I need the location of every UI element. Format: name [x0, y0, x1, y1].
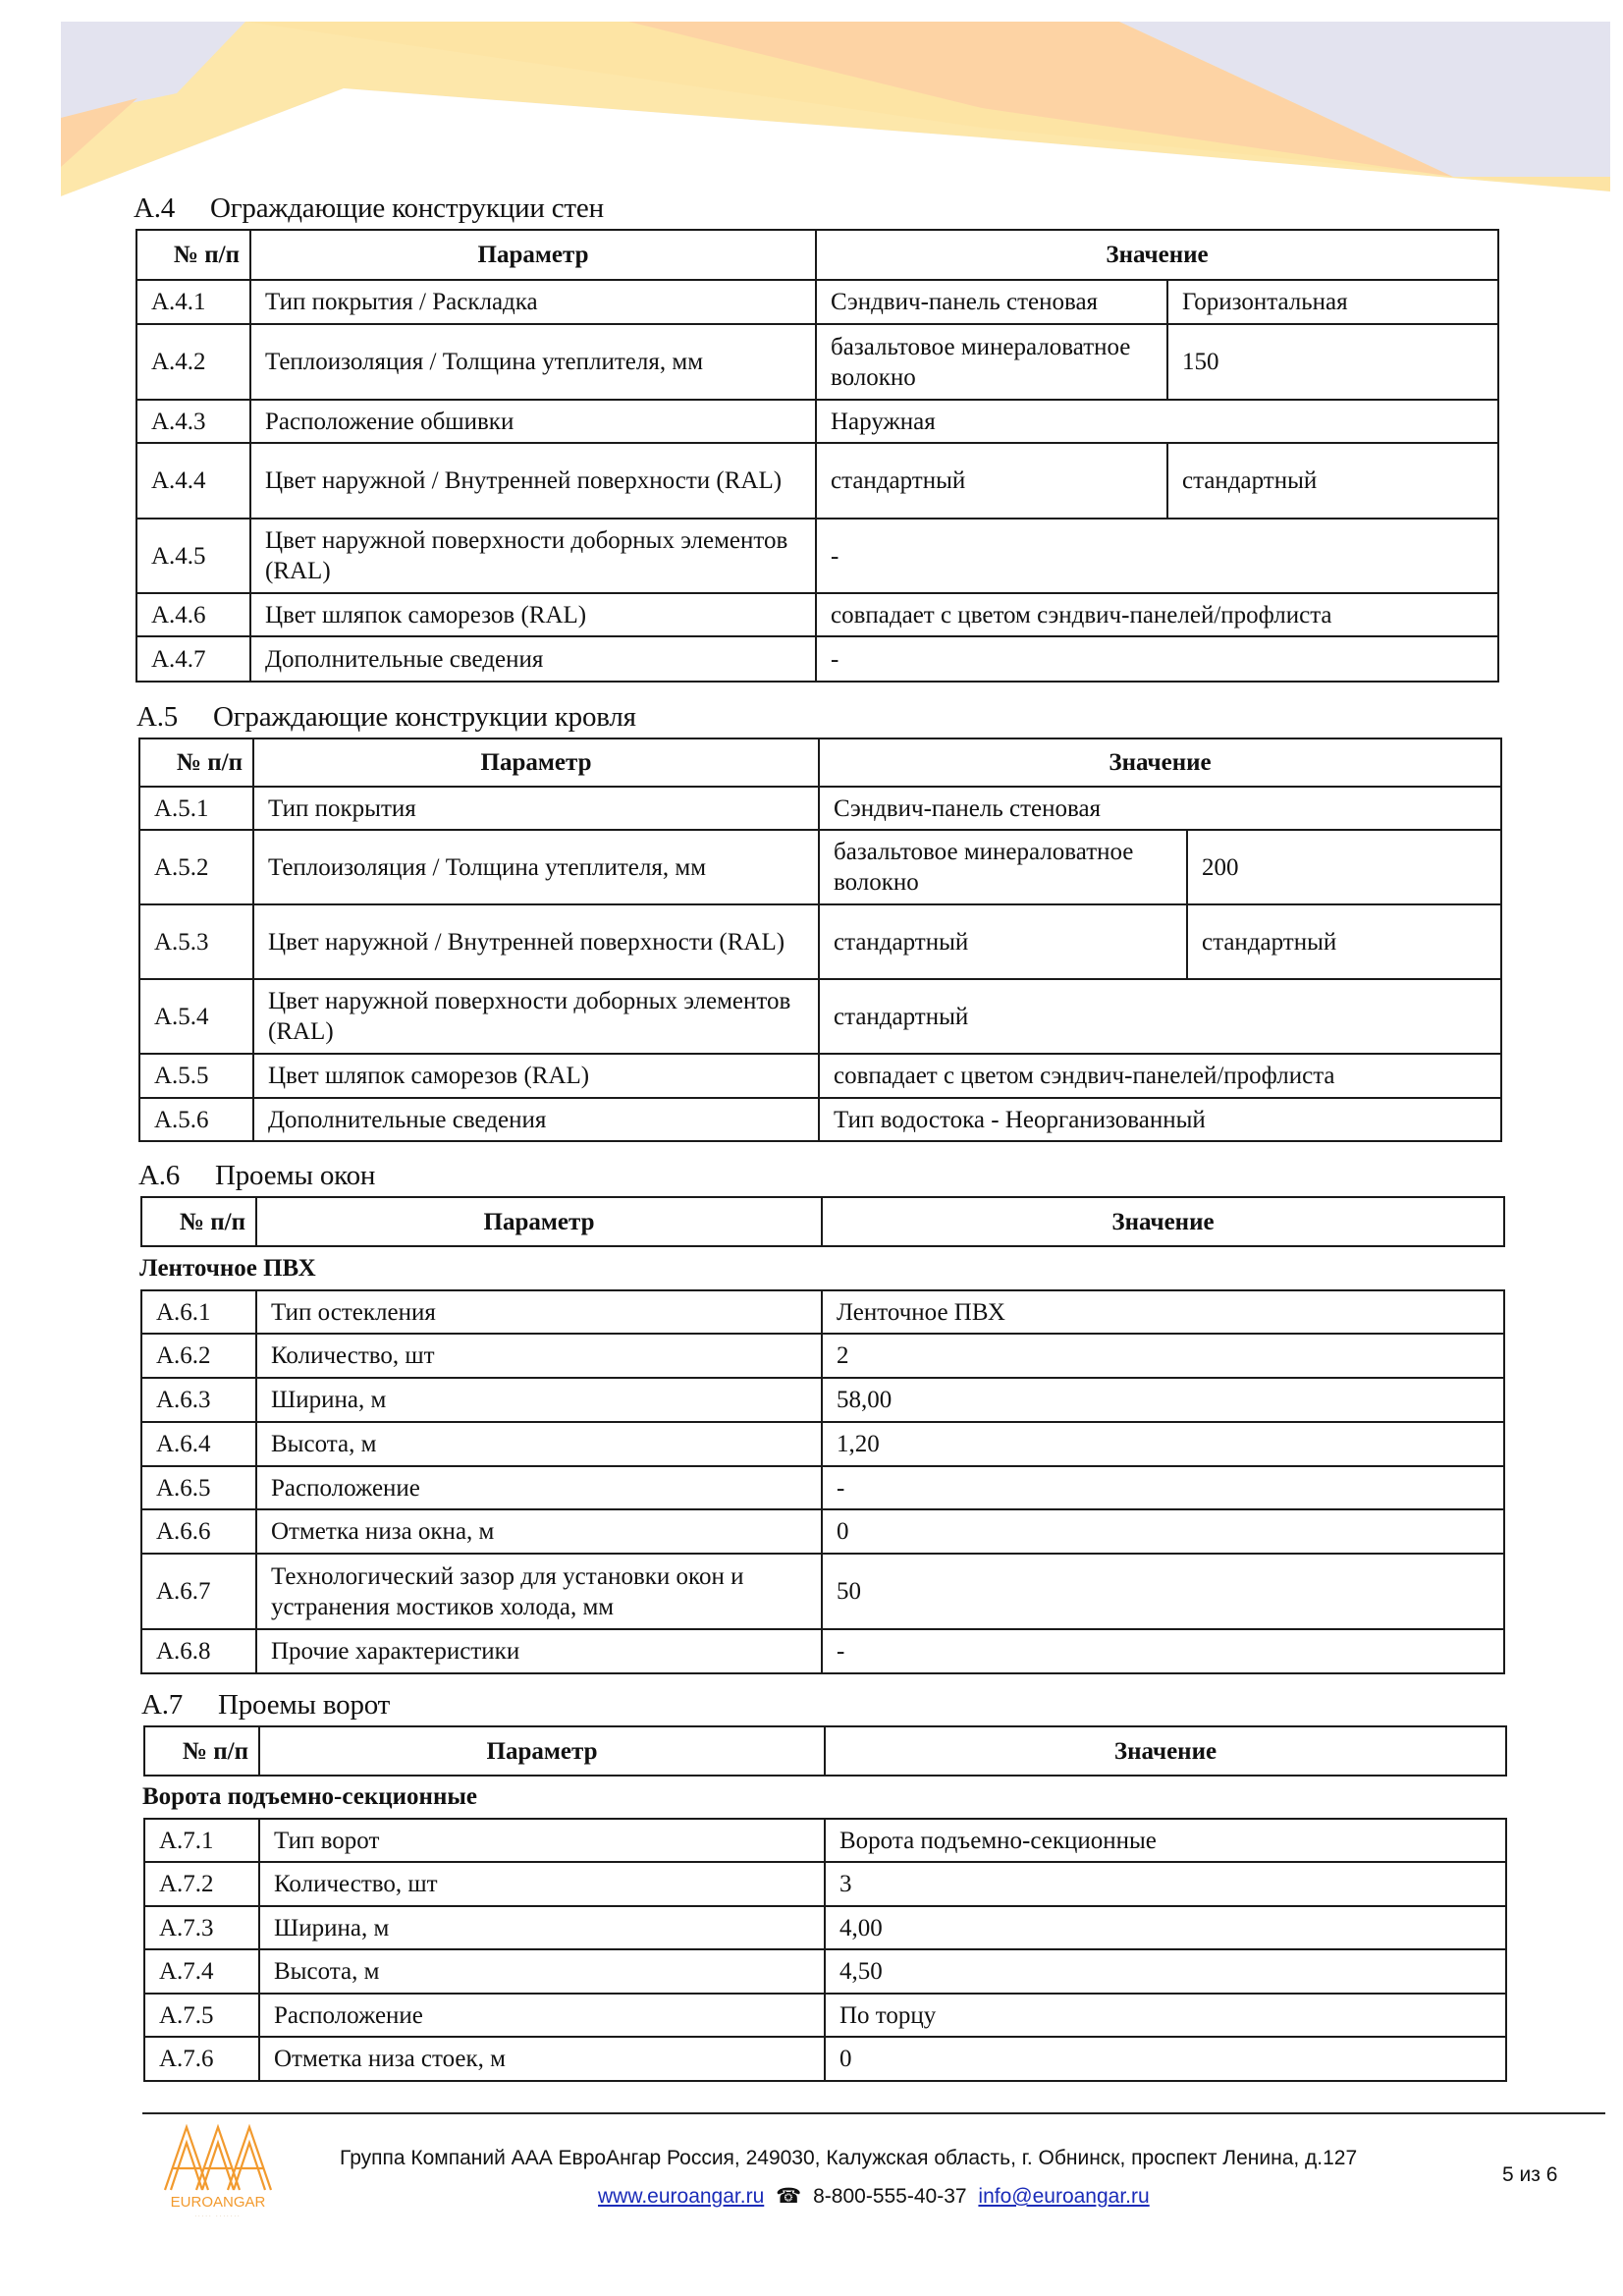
euroangar-logo: EUROANGAR ····· ·······: [157, 2121, 285, 2219]
col-header-value: Значение: [822, 1197, 1504, 1246]
footer-contacts: www.euroangar.ru ☎ 8-800-555-40-37 info@…: [598, 2184, 1150, 2209]
table-row: А.7.1Тип воротВорота подъемно-секционные: [144, 1819, 1506, 1862]
table-row: А.4.3 Расположение обшивки Наружная: [136, 400, 1498, 443]
table-row: А.6.6Отметка низа окна, м0: [141, 1509, 1504, 1554]
table-row: А.4.5 Цвет наружной поверхности доборных…: [136, 519, 1498, 593]
table-windows: А.6.1Тип остекленияЛенточное ПВХ А.6.2Ко…: [140, 1289, 1505, 1674]
footer-address: Группа Компаний ААА ЕвроАнгар Россия, 24…: [340, 2147, 1357, 2170]
table-row: А.5.1 Тип покрытия Сэндвич-панель стенов…: [139, 787, 1501, 830]
table-row: А.7.2Количество, шт3: [144, 1862, 1506, 1906]
col-header-value: Значение: [825, 1726, 1506, 1776]
table-row: А.4.6 Цвет шляпок саморезов (RAL) совпад…: [136, 593, 1498, 636]
table-row: А.7.6Отметка низа стоек, м0: [144, 2037, 1506, 2081]
subsection-title-sectional-gates: Ворота подъемно-секционные: [142, 1783, 477, 1811]
table-roof-enclosures: № п/п Параметр Значение А.5.1 Тип покрыт…: [138, 738, 1502, 1142]
table-row: А.6.4Высота, м1,20: [141, 1422, 1504, 1466]
section-title-a5: А.5Ограждающие конструкции кровля: [136, 701, 636, 734]
table-row: А.4.4 Цвет наружной / Внутренней поверхн…: [136, 443, 1498, 519]
section-title-a6: А.6Проемы окон: [138, 1160, 375, 1192]
col-header-param: Параметр: [259, 1726, 825, 1776]
table-gates: А.7.1Тип воротВорота подъемно-секционные…: [143, 1818, 1507, 2082]
table-row: А.5.3 Цвет наружной / Внутренней поверхн…: [139, 904, 1501, 979]
table-header-row: № п/п Параметр Значение: [139, 738, 1501, 787]
website-link[interactable]: www.euroangar.ru: [598, 2185, 764, 2208]
table-row: А.4.2 Теплоизоляция / Толщина утеплителя…: [136, 324, 1498, 400]
col-header-number: № п/п: [141, 1197, 256, 1246]
col-header-value: Значение: [816, 230, 1498, 280]
table-row: А.4.1 Тип покрытия / Раскладка Сэндвич-п…: [136, 280, 1498, 324]
col-header-number: № п/п: [144, 1726, 259, 1776]
header-banner: [0, 0, 1623, 216]
table-row: А.6.8Прочие характеристики-: [141, 1629, 1504, 1673]
email-link[interactable]: info@euroangar.ru: [978, 2185, 1149, 2208]
table-row: А.6.7Технологический зазор для установки…: [141, 1554, 1504, 1629]
svg-text:····· ·······: ····· ·······: [194, 2214, 241, 2219]
section-title-a4: А.4Ограждающие конструкции стен: [134, 192, 604, 225]
col-header-value: Значение: [819, 738, 1501, 787]
table-row: А.6.2Количество, шт2: [141, 1334, 1504, 1378]
table-header-row: № п/п Параметр Значение: [144, 1726, 1506, 1776]
table-row: А.7.5РасположениеПо торцу: [144, 1994, 1506, 2037]
table-row: А.7.3Ширина, м4,00: [144, 1906, 1506, 1949]
table-row: А.5.4 Цвет наружной поверхности доборных…: [139, 979, 1501, 1054]
col-header-param: Параметр: [250, 230, 816, 280]
table-windows-header: № п/п Параметр Значение: [140, 1196, 1505, 1247]
page-number: 5 из 6: [1502, 2163, 1557, 2187]
subsection-title-ribbon-pvc: Ленточное ПВХ: [139, 1255, 316, 1283]
table-header-row: № п/п Параметр Значение: [141, 1197, 1504, 1246]
table-header-row: № п/п Параметр Значение: [136, 230, 1498, 280]
col-header-number: № п/п: [136, 230, 250, 280]
table-gates-header: № п/п Параметр Значение: [143, 1725, 1507, 1777]
col-header-param: Параметр: [256, 1197, 822, 1246]
table-row: А.5.2 Теплоизоляция / Толщина утеплителя…: [139, 830, 1501, 904]
table-row: А.6.5Расположение-: [141, 1466, 1504, 1509]
col-header-number: № п/п: [139, 738, 253, 787]
table-row: А.5.6 Дополнительные сведения Тип водост…: [139, 1098, 1501, 1141]
footer-divider: [142, 2112, 1605, 2114]
section-title-a7: А.7Проемы ворот: [141, 1689, 390, 1722]
table-row: А.4.7 Дополнительные сведения -: [136, 636, 1498, 682]
phone-number: 8-800-555-40-37: [813, 2185, 966, 2208]
table-row: А.6.1Тип остекленияЛенточное ПВХ: [141, 1290, 1504, 1334]
table-row: А.7.4Высота, м4,50: [144, 1949, 1506, 1994]
col-header-param: Параметр: [253, 738, 819, 787]
table-row: А.5.5 Цвет шляпок саморезов (RAL) совпад…: [139, 1054, 1501, 1098]
svg-text:EUROANGAR: EUROANGAR: [171, 2194, 266, 2211]
table-wall-enclosures: № п/п Параметр Значение А.4.1 Тип покрыт…: [135, 229, 1499, 683]
table-row: А.6.3Ширина, м58,00: [141, 1378, 1504, 1422]
phone-icon: ☎: [776, 2185, 801, 2208]
